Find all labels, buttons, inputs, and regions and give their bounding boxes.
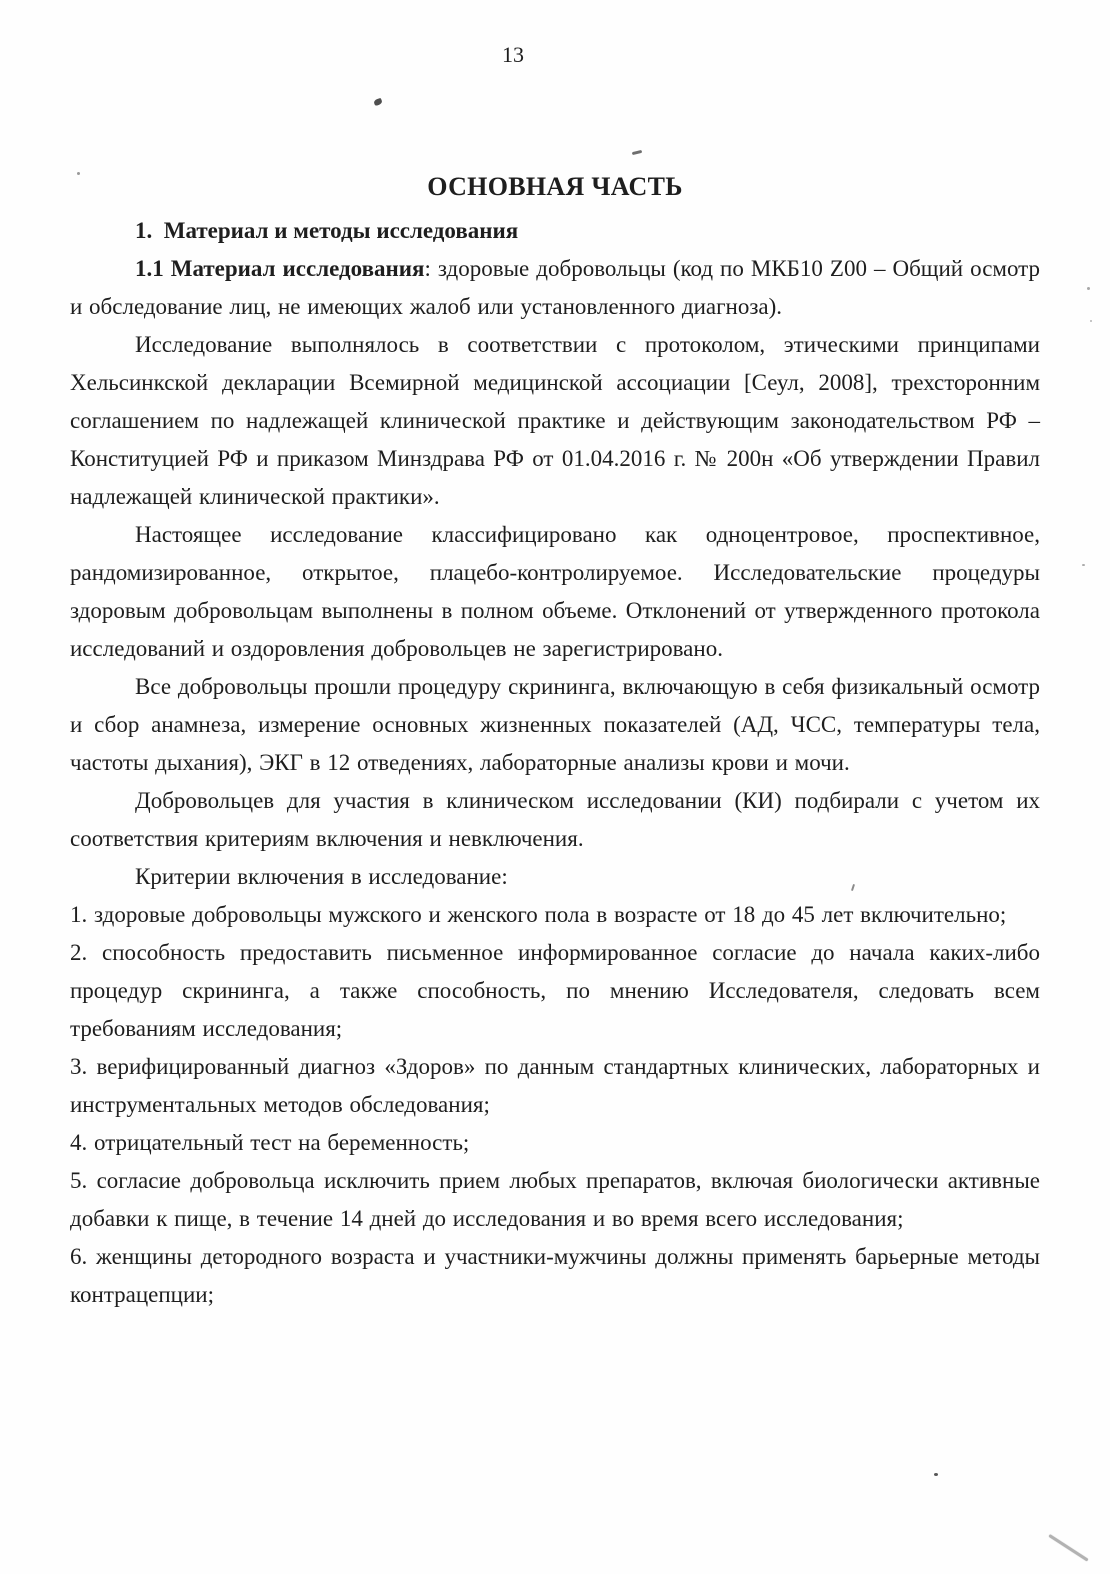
criterion-item-4: 4. отрицательный тест на беременность; bbox=[70, 1124, 1040, 1162]
scan-speck bbox=[632, 150, 642, 155]
paragraph-material: 1.1 Материал исследования: здоровые добр… bbox=[70, 250, 1040, 326]
page-content: ОСНОВНАЯ ЧАСТЬ 1. Материал и методы иссл… bbox=[70, 170, 1040, 1314]
page-number: 13 bbox=[0, 0, 1068, 68]
scan-pen-stroke bbox=[1049, 1534, 1089, 1561]
document-page: 13 ОСНОВНАЯ ЧАСТЬ 1. Материал и методы и… bbox=[0, 0, 1110, 1574]
paragraph-classification: Настоящее исследование классифицировано … bbox=[70, 516, 1040, 668]
criterion-item-3: 3. верифицированный диагноз «Здоров» по … bbox=[70, 1048, 1040, 1124]
subsection-label: 1.1 Материал исследования bbox=[135, 256, 424, 281]
scan-speck bbox=[1082, 564, 1085, 566]
criterion-item-1: 1. здоровые добровольцы мужского и женск… bbox=[70, 896, 1040, 934]
scan-speck bbox=[1087, 287, 1090, 290]
section-title: 1. Материал и методы исследования bbox=[70, 212, 1040, 250]
criterion-item-6: 6. женщины детородного возраста и участн… bbox=[70, 1238, 1040, 1314]
paragraph-protocol: Исследование выполнялось в соответствии … bbox=[70, 326, 1040, 516]
paragraph-criteria-intro: Критерии включения в исследование: bbox=[70, 858, 1040, 896]
criterion-item-5: 5. согласие добровольца исключить прием … bbox=[70, 1162, 1040, 1238]
criterion-item-2: 2. способность предоставить письменное и… bbox=[70, 934, 1040, 1048]
main-heading: ОСНОВНАЯ ЧАСТЬ bbox=[70, 170, 1040, 204]
scan-speck bbox=[934, 1473, 938, 1476]
paragraph-screening: Все добровольцы прошли процедуру скринин… bbox=[70, 668, 1040, 782]
scan-speck bbox=[373, 98, 383, 106]
paragraph-selection: Добровольцев для участия в клиническом и… bbox=[70, 782, 1040, 858]
inclusion-criteria-list: 1. здоровые добровольцы мужского и женск… bbox=[70, 896, 1040, 1314]
scan-speck bbox=[1090, 320, 1092, 322]
